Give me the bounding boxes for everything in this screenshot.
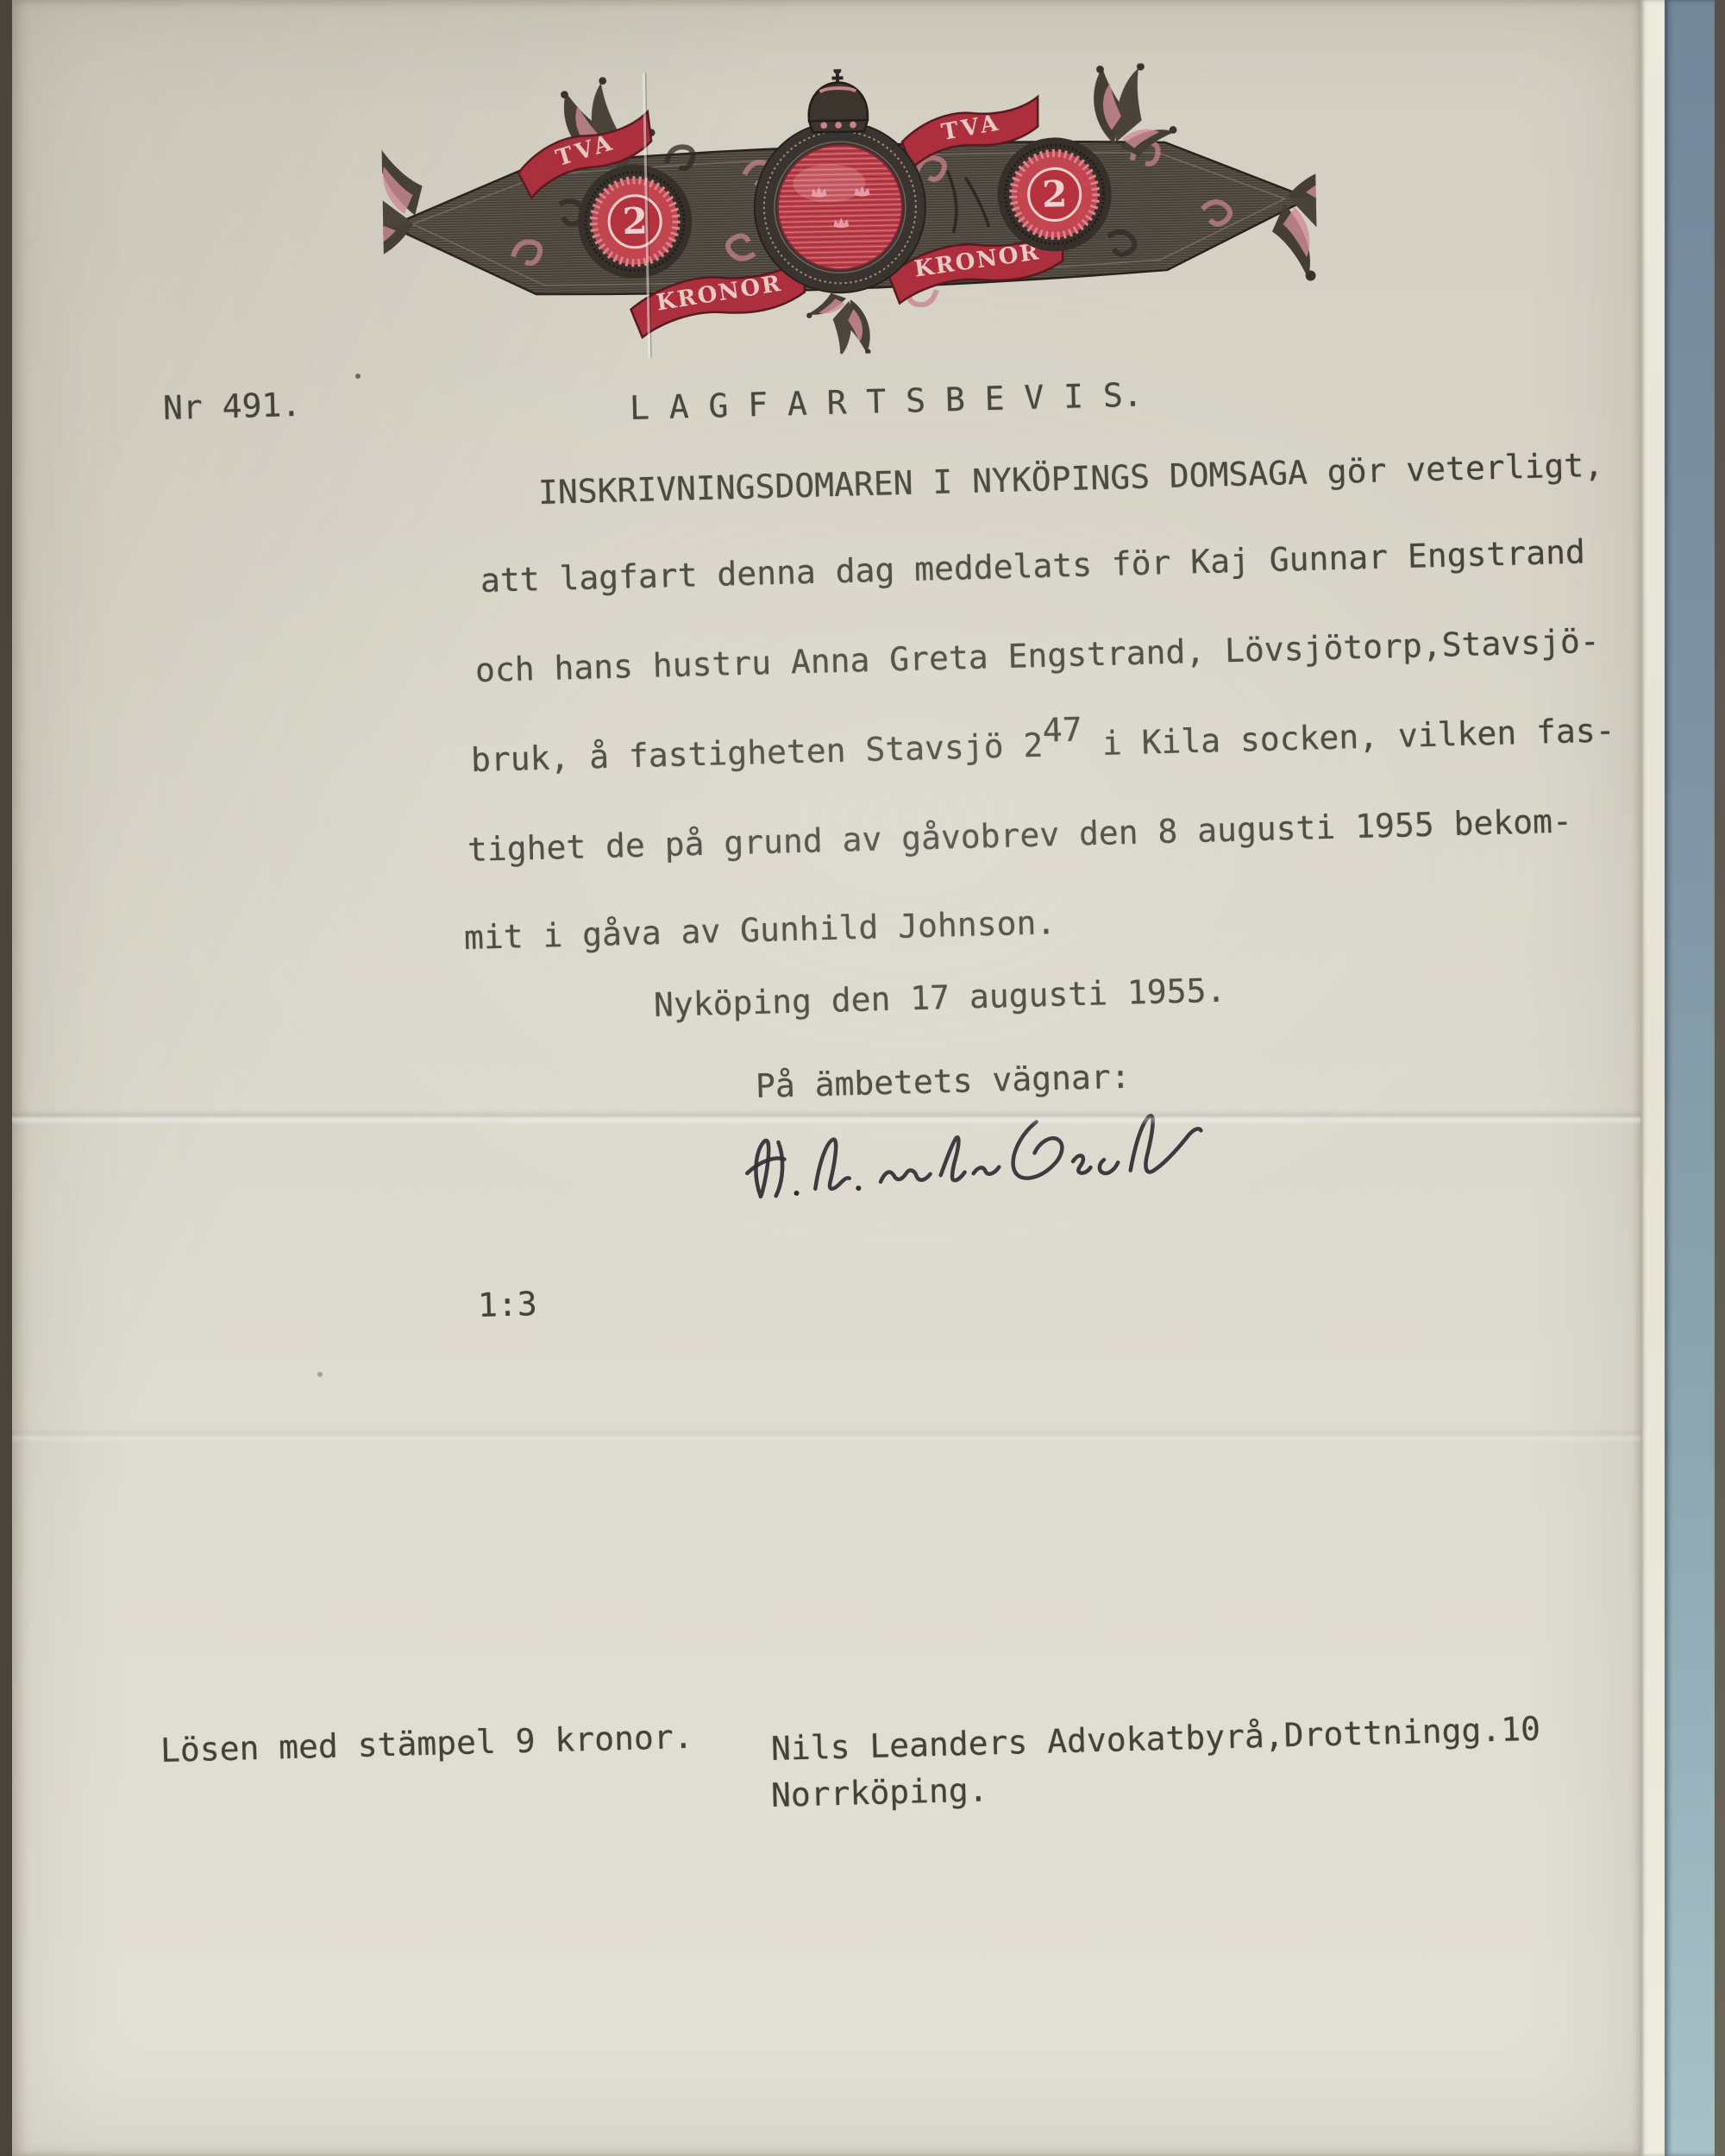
body-line: INSKRIVNINGSDOMAREN I NYKÖPINGS DOMSAGA …: [537, 445, 1603, 512]
dateline: Nyköping den 17 augusti 1955.: [653, 971, 1226, 1025]
body-line: att lagfart denna dag meddelats för Kaj …: [480, 531, 1585, 600]
backdrop-dark-strip: [1715, 0, 1725, 2156]
backdrop-blue-strip: [1665, 0, 1715, 2156]
paper-crease: [12, 1109, 1640, 1125]
footer-lawfirm-line1: Nils Leanders Advokatbyrå,Drottningg.10: [770, 1709, 1540, 1769]
page-title: L A G F A R T S B E V I S.: [629, 374, 1143, 428]
footer-lawfirm-line2: Norrköping.: [770, 1769, 988, 1815]
body-line: tighet de på grund av gåvobrev den 8 aug…: [467, 801, 1572, 870]
body-line: mit i gåva av Gunhild Johnson.: [463, 902, 1056, 958]
revenue-stamp: 2: [380, 60, 1319, 363]
paper-sheet: 2: [12, 0, 1640, 2156]
footer-fee-line: Lösen med stämpel 9 kronor.: [160, 1717, 693, 1770]
body-line-pre: bruk, å fastigheten Stavsjö 2: [470, 726, 1043, 779]
body-line-with-superscript: bruk, å fastigheten Stavsjö 247 i Kila s…: [470, 710, 1615, 780]
paper-speck: [355, 374, 361, 379]
document-photo: 2: [0, 0, 1725, 2156]
property-superscript: 47: [1042, 710, 1082, 749]
body-line: och hans hustru Anna Greta Engstrand, Lö…: [474, 621, 1600, 690]
ratio-notation: 1:3: [477, 1284, 537, 1325]
signature: [731, 1081, 1221, 1244]
under-sheet-edge: [1640, 0, 1665, 2156]
crown-icon: [808, 66, 869, 132]
body-line-post: i Kila socken, vilken fas-: [1082, 711, 1615, 763]
paper-crease: [12, 1428, 1640, 1443]
stamp-central-medallion: [752, 65, 927, 294]
paper-speck: [317, 1372, 323, 1377]
document-number: Nr 491.: [162, 385, 301, 428]
